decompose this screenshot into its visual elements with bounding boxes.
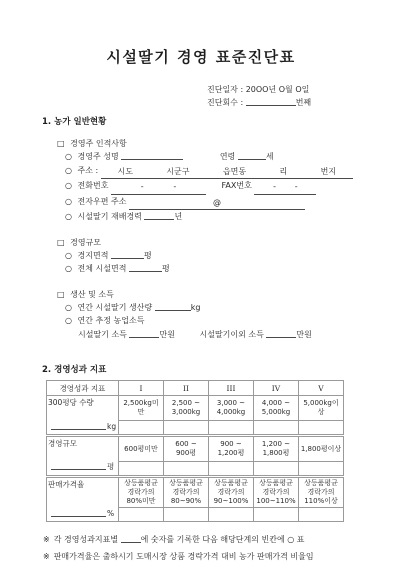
entry-cell <box>299 421 344 436</box>
grade-cell: 4,000 ~ 5,000kg <box>254 396 299 421</box>
indicator-label-cell: 판매가격율 % <box>47 477 119 522</box>
diagnosis-date-value: 20OO년 O월 O일 <box>246 85 310 94</box>
grade-cell: 상등품평균 경락가의 90~100% <box>209 477 254 508</box>
entry-cell <box>254 462 299 477</box>
strawberry-income-label: 시설딸기 소득 <box>78 330 127 339</box>
entry-cell <box>299 462 344 477</box>
production-heading: □ 생산 및 소득 <box>57 288 360 301</box>
entry-cell <box>299 508 344 522</box>
production-heading-label: 생산 및 소득 <box>70 290 114 299</box>
footnote-price-definition: ※판매가격율은 출하시기 도매시장 상품 경락가격 대비 농가 판매가격 비율임 <box>43 548 360 565</box>
section-performance-heading: 2. 경영성과 지표 <box>42 363 360 375</box>
price-indicator-group: 판매가격율 % 상등품평균 경락가의 80%미만 상등품평균 경락가의 80~9… <box>47 477 344 522</box>
address-part-sido: 시도 <box>117 165 132 179</box>
facility-area-label: 전체 시설면적 <box>78 264 127 273</box>
age-label: 연령 <box>220 152 235 161</box>
address-part-ri: 리 <box>279 165 287 179</box>
fax-dash: - <box>273 180 276 194</box>
scale-indicator-group: 경영규모 평 600평미만 600 ~ 900평 900 ~ 1,200평 1,… <box>47 436 344 477</box>
income-heading-row: ○ 연간 추정 농업소득 <box>65 314 360 328</box>
indicator-label-cell: 300평당 수량 kg <box>47 396 119 436</box>
phone-fax-row: ○ 전화번호 - - FAX번호 - - <box>65 179 360 195</box>
career-label: 시설딸기 재배경력 <box>78 212 142 221</box>
yield-unit: kg <box>191 303 201 312</box>
footnotes: ※각 경영성과지표별 에 숫자를 기록한 다음 해당단계의 빈칸에 ○ 표 ※판… <box>43 531 360 565</box>
performance-table: 경영성과 지표 I II III IV V 300평당 수량 kg 2,500k… <box>46 380 344 522</box>
indicator-unit: kg <box>107 422 116 431</box>
grade-cell: 1,800평이상 <box>299 436 344 462</box>
table-row: 300평당 수량 kg 2,500kg미만 2,500 ~ 3,000kg 3,… <box>47 396 344 421</box>
grade-cell: 2,500kg미만 <box>119 396 164 421</box>
income-label: 연간 추정 농업소득 <box>78 316 145 325</box>
manager-name-row: ○ 경영주 성명 연령 세 <box>65 150 360 164</box>
entry-cell <box>119 462 164 477</box>
indicator-entry-line: kg <box>51 420 116 431</box>
table-row: 판매가격율 % 상등품평균 경락가의 80%미만 상등품평균 경락가의 80~9… <box>47 477 344 508</box>
career-row: ○ 시설딸기 재배경력 년 <box>65 210 360 224</box>
scale-heading-label: 경영규모 <box>70 238 101 247</box>
manager-name-blank-field <box>121 150 183 160</box>
other-income-label: 시설딸기이외 소득 <box>199 330 263 339</box>
age-unit: 세 <box>266 152 274 161</box>
footnote-text: 판매가격율은 출하시기 도매시장 상품 경락가격 대비 농가 판매가격 비율임 <box>54 552 314 561</box>
grade-cell: 2,500 ~ 3,000kg <box>164 396 209 421</box>
indicator-label: 경영규모 <box>48 438 117 449</box>
reference-mark-icon: ※ <box>43 552 50 561</box>
column-header-grade-2: II <box>164 381 209 396</box>
diagnosis-count-suffix: 번째 <box>296 98 311 107</box>
circle-bullet-icon: ○ <box>65 303 72 312</box>
grade-cell: 600 ~ 900평 <box>164 436 209 462</box>
indicator-entry-line: 평 <box>51 460 114 472</box>
email-at-sign: @ <box>213 196 221 210</box>
grade-cell: 상등품평균 경락가의 80%미만 <box>119 477 164 508</box>
column-header-grade-1: I <box>119 381 164 396</box>
grade-cell: 3,000 ~ 4,000kg <box>209 396 254 421</box>
entry-cell <box>164 421 209 436</box>
manager-info-heading: □ 경영주 인적사항 <box>57 137 360 150</box>
facility-area-blank-field <box>129 262 162 272</box>
column-header-indicator: 경영성과 지표 <box>47 381 119 396</box>
address-row: ○ 주소 : 시도 시군구 읍면동 리 번지 <box>65 164 360 180</box>
scale-heading: □ 경영규모 <box>57 236 360 249</box>
career-blank-field <box>144 210 174 220</box>
column-header-grade-4: IV <box>254 381 299 396</box>
diagnosis-date-label: 진단일자 : <box>207 85 243 94</box>
phone-label: 전화번호 <box>78 181 109 190</box>
column-header-grade-3: III <box>209 381 254 396</box>
indicator-unit: % <box>107 509 114 518</box>
yield-blank-field <box>155 301 191 311</box>
footnote-text-post: 에 숫자를 기록한 다음 해당단계의 빈칸에 ○ 표 <box>141 535 305 544</box>
land-area-row: ○ 경지면적 평 <box>65 249 360 263</box>
entry-cell <box>209 462 254 477</box>
entry-cell <box>164 462 209 477</box>
grade-cell: 5,000kg이상 <box>299 396 344 421</box>
footnote-entry-instruction: ※각 경영성과지표별 에 숫자를 기록한 다음 해당단계의 빈칸에 ○ 표 <box>43 531 360 548</box>
circle-bullet-icon: ○ <box>65 166 72 175</box>
document-page: 시설딸기 경영 표준진단표 진단일자 : 20OO년 O월 O일 진단회수 : … <box>0 0 400 566</box>
entry-cell <box>254 421 299 436</box>
land-area-blank-field <box>111 249 144 259</box>
square-bullet-icon: □ <box>57 139 65 148</box>
square-bullet-icon: □ <box>57 238 65 247</box>
indicator-unit: 평 <box>107 462 114 471</box>
strawberry-income-unit: 만원 <box>159 330 174 339</box>
address-blank-field: 시도 시군구 읍면동 리 번지 <box>101 165 353 180</box>
column-header-grade-5: V <box>299 381 344 396</box>
indicator-blank-field <box>51 507 106 517</box>
grade-cell: 600평미만 <box>119 436 164 462</box>
entry-cell <box>209 421 254 436</box>
indicator-label: 300평당 수량 <box>48 397 117 408</box>
income-detail-row: 시설딸기 소득 만원 시설딸기이외 소득 만원 <box>78 328 360 342</box>
indicator-blank-field <box>51 460 106 470</box>
entry-cell <box>119 421 164 436</box>
diagnosis-date-row: 진단일자 : 20OO년 O월 O일 <box>207 84 360 96</box>
circle-bullet-icon: ○ <box>65 152 72 161</box>
land-area-label: 경지면적 <box>78 251 109 260</box>
grade-cell: 상등품평균 경락가의 100~110% <box>254 477 299 508</box>
table-row: 경영규모 평 600평미만 600 ~ 900평 900 ~ 1,200평 1,… <box>47 436 344 462</box>
diagnosis-count-row: 진단회수 : 번째 <box>207 96 360 108</box>
yield-indicator-group: 300평당 수량 kg 2,500kg미만 2,500 ~ 3,000kg 3,… <box>47 396 344 436</box>
fax-dash: - <box>295 180 298 194</box>
reference-mark-icon: ※ <box>43 535 50 544</box>
circle-bullet-icon: ○ <box>65 181 72 190</box>
page-title: 시설딸기 경영 표준진단표 <box>42 46 360 67</box>
circle-bullet-icon: ○ <box>65 197 72 206</box>
email-row: ○ 전자우편 주소 @ <box>65 195 360 211</box>
manager-info-heading-label: 경영주 인적사항 <box>70 139 127 148</box>
email-blank-field: @ <box>129 196 305 211</box>
fax-label: FAX번호 <box>222 181 252 190</box>
entry-cell <box>119 508 164 522</box>
phone-dash: - <box>173 180 176 194</box>
indicator-entry-line: % <box>51 507 114 518</box>
manager-name-label: 경영주 성명 <box>78 152 119 161</box>
indicator-blank-field <box>51 420 106 430</box>
indicator-label-cell: 경영규모 평 <box>47 436 119 477</box>
diagnosis-meta: 진단일자 : 20OO년 O월 O일 진단회수 : 번째 <box>207 84 360 107</box>
section-general-heading: 1. 농가 일반현황 <box>42 115 360 127</box>
circle-bullet-icon: ○ <box>65 264 72 273</box>
yield-row: ○ 연간 시설딸기 생산량 kg <box>65 301 360 315</box>
career-unit: 년 <box>174 212 182 221</box>
entry-cell <box>209 508 254 522</box>
circle-bullet-icon: ○ <box>65 316 72 325</box>
performance-table-header-row: 경영성과 지표 I II III IV V <box>47 381 344 396</box>
facility-area-row: ○ 전체 시설면적 평 <box>65 262 360 276</box>
facility-area-unit: 평 <box>162 264 170 273</box>
grade-cell: 1,200 ~ 1,800평 <box>254 436 299 462</box>
yield-label: 연간 시설딸기 생산량 <box>78 303 153 312</box>
indicator-label: 판매가격율 <box>48 479 117 490</box>
land-area-unit: 평 <box>144 251 152 260</box>
other-income-unit: 만원 <box>296 330 311 339</box>
age-blank-field <box>238 150 266 160</box>
circle-bullet-icon: ○ <box>65 212 72 221</box>
grade-cell: 상등품평균 경락가의 110%이상 <box>299 477 344 508</box>
footnote-blank-field <box>121 533 141 543</box>
square-bullet-icon: □ <box>57 290 65 299</box>
grade-cell: 상등품평균 경락가의 80~90% <box>164 477 209 508</box>
circle-bullet-icon: ○ <box>65 251 72 260</box>
entry-cell <box>254 508 299 522</box>
email-label: 전자우편 주소 <box>78 197 127 206</box>
entry-cell <box>164 508 209 522</box>
other-income-blank-field <box>266 328 296 338</box>
diagnosis-count-blank-field <box>246 96 296 106</box>
address-label: 주소 : <box>78 166 99 175</box>
address-part-beonji: 번지 <box>321 165 336 179</box>
fax-blank-field: - - <box>254 180 316 195</box>
address-part-eupmyeondong: 읍면동 <box>223 165 246 179</box>
diagnosis-count-label: 진단회수 : <box>207 98 243 107</box>
strawberry-income-blank-field <box>129 328 159 338</box>
address-part-sigungu: 시군구 <box>166 165 189 179</box>
phone-dash: - <box>141 180 144 194</box>
phone-blank-field: - - <box>111 180 206 195</box>
grade-cell: 900 ~ 1,200평 <box>209 436 254 462</box>
footnote-text-pre: 각 경영성과지표별 <box>54 535 118 544</box>
